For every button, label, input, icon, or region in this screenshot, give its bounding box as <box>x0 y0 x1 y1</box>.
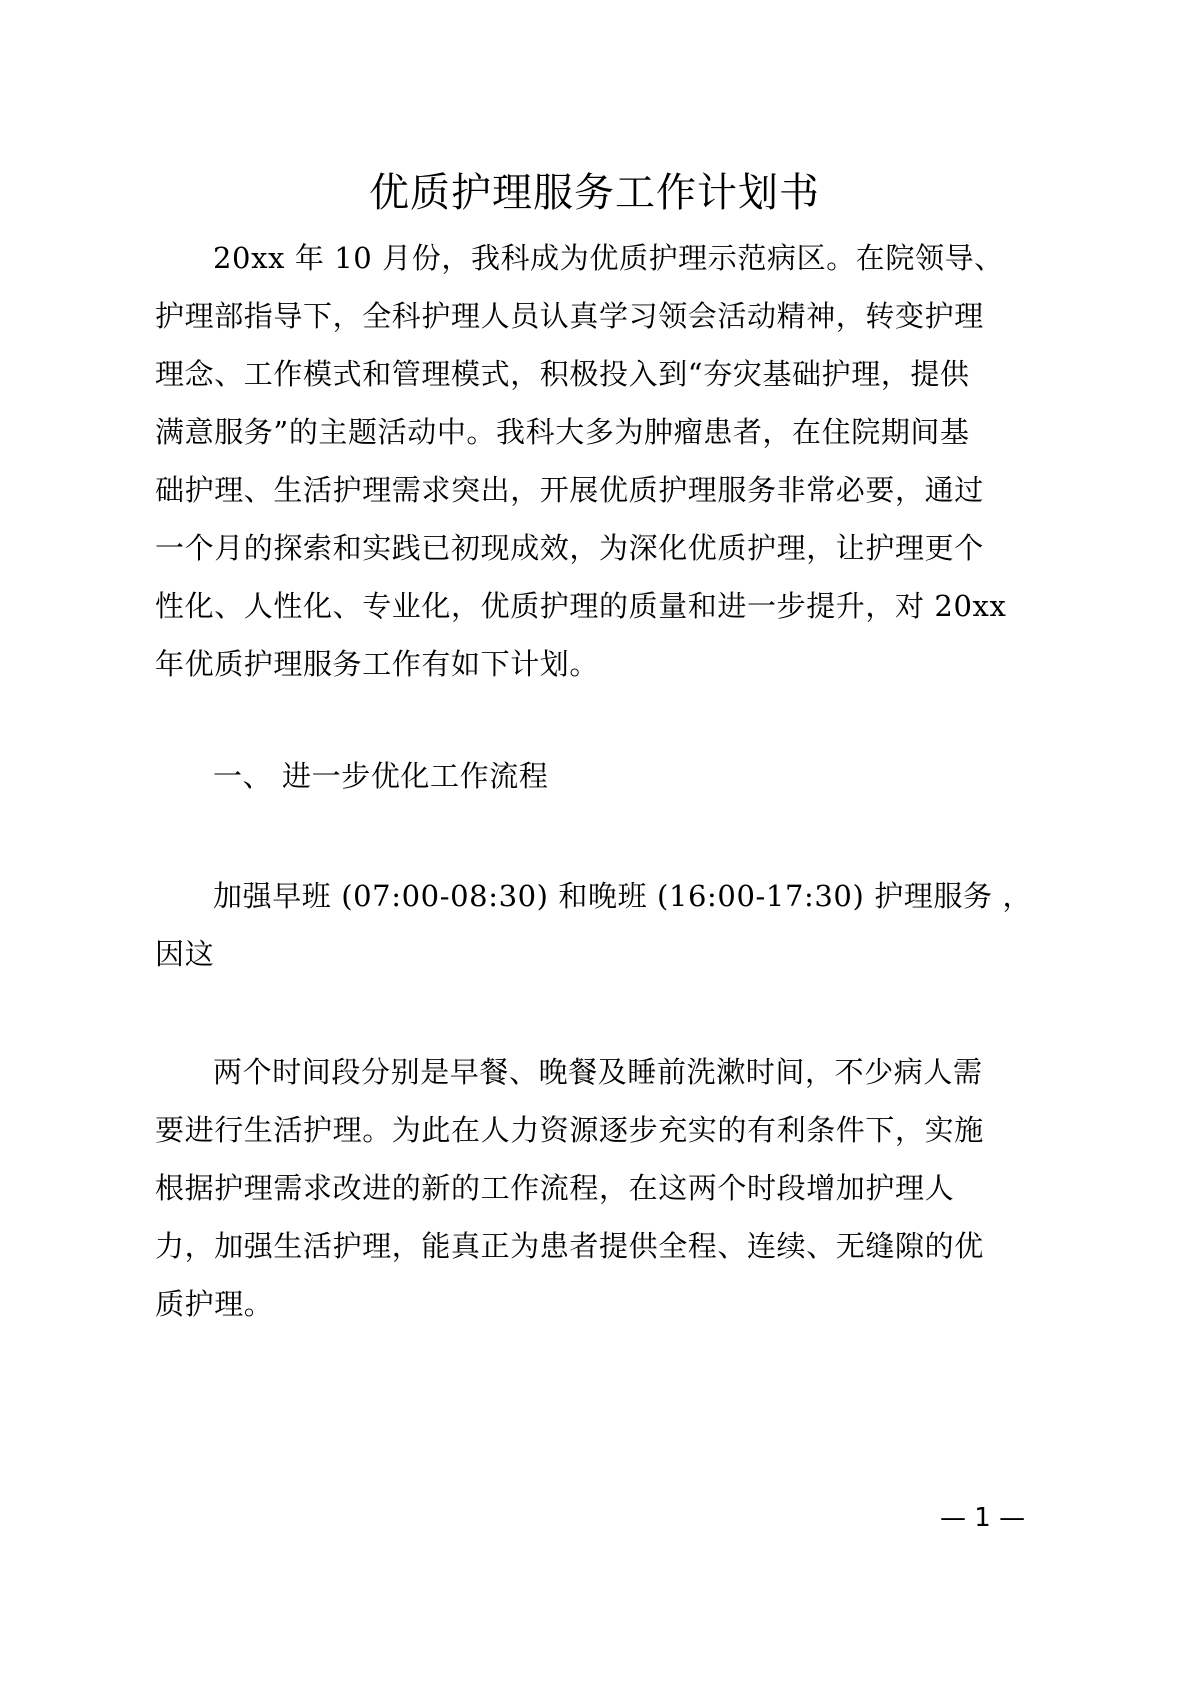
paragraph-line: 两个时间段分别是早餐、晚餐及睡前洗漱时间，不少病人需 <box>213 1052 1093 1092</box>
paragraph-line: 理念、工作模式和管理模式，积极投入到“夯灾基础护理，提供 <box>155 354 1035 394</box>
paragraph-line: 加强早班 (07:00-08:30) 和晚班 (16:00-17:30) 护理服… <box>213 876 1093 916</box>
paragraph-line: 20xx 年 10 月份，我科成为优质护理示范病区。在院领导、 <box>213 238 1093 278</box>
paragraph-line: 因这 <box>155 934 1035 974</box>
paragraph-line: 质护理。 <box>155 1284 1035 1324</box>
paragraph-line: 年优质护理服务工作有如下计划。 <box>155 644 1035 684</box>
paragraph-line: 础护理、生活护理需求突出，开展优质护理服务非常必要，通过 <box>155 470 1035 510</box>
page-number: — 1 — <box>940 1503 1025 1533</box>
paragraph-line: 力，加强生活护理，能真正为患者提供全程、连续、无缝隙的优 <box>155 1226 1035 1266</box>
paragraph-line: 一个月的探索和实践已初现成效，为深化优质护理，让护理更个 <box>155 528 1035 568</box>
section-heading: 一、 进一步优化工作流程 <box>213 756 1093 796</box>
paragraph-line: 满意服务”的主题活动中。我科大多为肿瘤患者，在住院期间基 <box>155 412 1035 452</box>
paragraph-line: 护理部指导下，全科护理人员认真学习领会活动精神，转变护理 <box>155 296 1035 336</box>
paragraph-line: 根据护理需求改进的新的工作流程，在这两个时段增加护理人 <box>155 1168 1035 1208</box>
paragraph-line: 要进行生活护理。为此在人力资源逐步充实的有利条件下，实施 <box>155 1110 1035 1150</box>
document-title: 优质护理服务工作计划书 <box>0 168 1189 218</box>
paragraph-line: 性化、人性化、专业化，优质护理的质量和进一步提升，对 20xx <box>155 586 1035 626</box>
